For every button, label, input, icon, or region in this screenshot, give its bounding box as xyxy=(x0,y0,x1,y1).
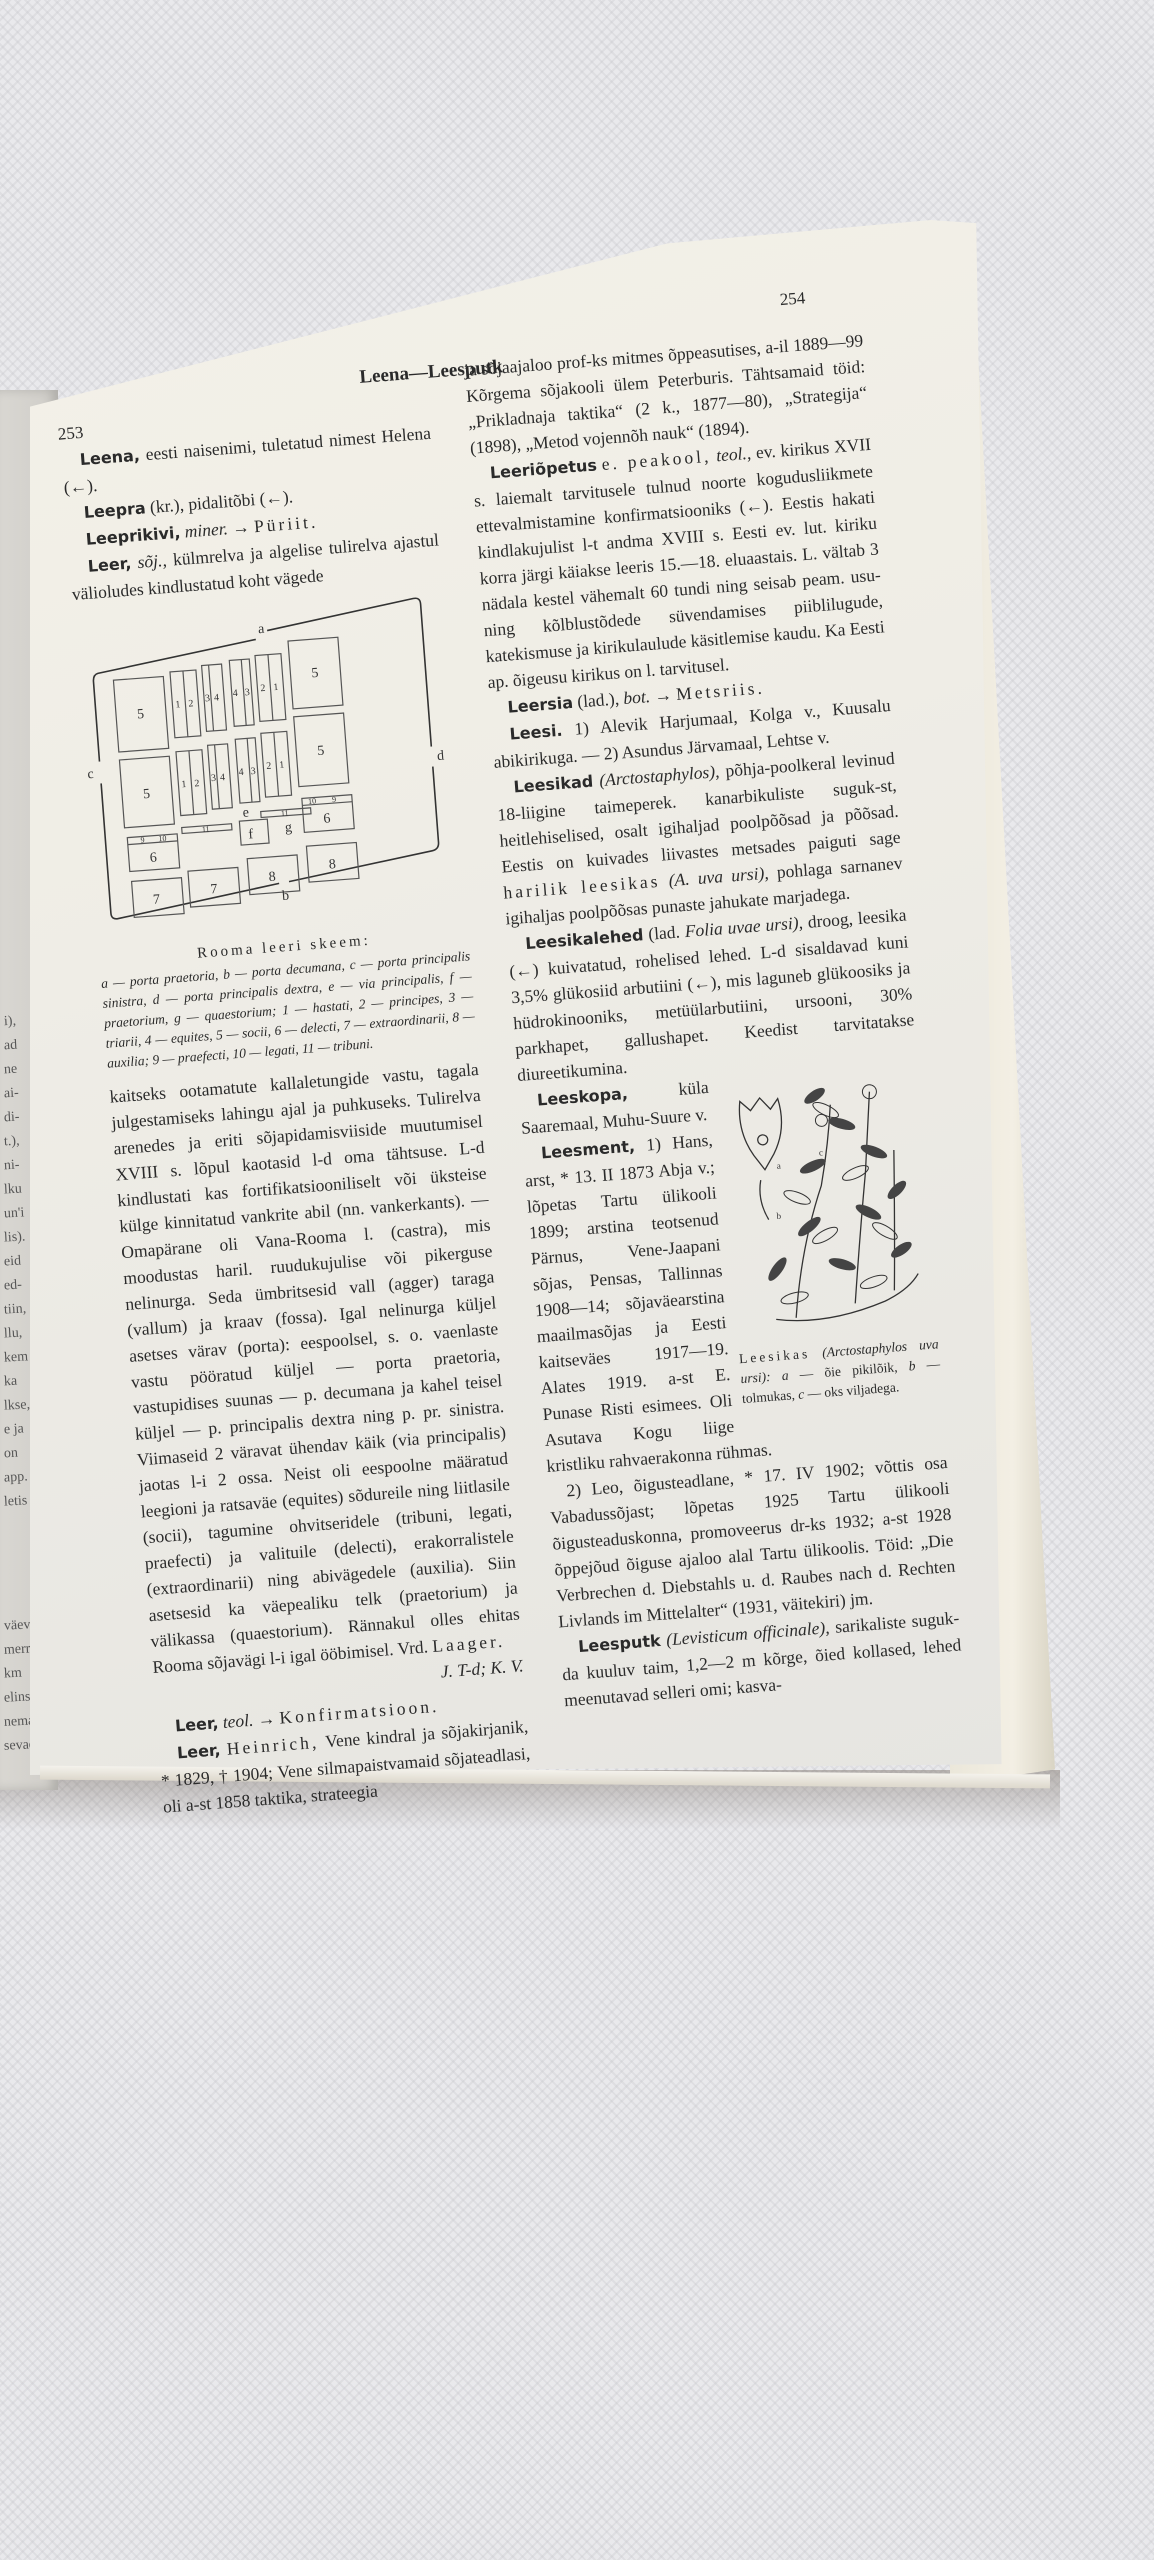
caption-species: Leesikas xyxy=(739,1346,811,1366)
subject-label: miner. xyxy=(184,518,229,541)
svg-text:11: 11 xyxy=(281,808,289,818)
svg-text:10: 10 xyxy=(158,834,167,844)
caption-key-b: b xyxy=(908,1358,916,1373)
svg-text:11: 11 xyxy=(202,824,210,834)
figure-label-c: c xyxy=(818,1147,823,1157)
svg-text:4: 4 xyxy=(214,692,220,703)
previous-page-text-fragment: km xyxy=(3,1662,22,1687)
previous-page-text-fragment: t.), xyxy=(3,1130,20,1155)
via-principalis-e-label: e xyxy=(242,805,249,820)
previous-page-text-fragment: app. xyxy=(3,1465,28,1490)
previous-page-text-fragment: un'i xyxy=(3,1201,25,1226)
svg-text:1: 1 xyxy=(273,682,279,693)
previous-page-text-fragment: väev, xyxy=(3,1613,33,1638)
headword: Leesment, xyxy=(540,1136,635,1162)
synonym: e. peakool, xyxy=(601,446,712,474)
entry-text: (lad.), xyxy=(577,688,620,711)
svg-text:4: 4 xyxy=(238,767,244,778)
page-number-right: 254 xyxy=(779,288,806,310)
svg-text:6: 6 xyxy=(323,811,331,826)
quaestorium-g-label: g xyxy=(284,820,292,835)
svg-text:5: 5 xyxy=(137,707,145,722)
gate-c-label: c xyxy=(87,767,94,782)
caption-key-c: c xyxy=(798,1386,805,1401)
arrow-icon: → xyxy=(257,1708,276,1729)
entry-leesikad: Leesikad (Arctostaphylos), põhja-poolker… xyxy=(495,745,906,932)
subject-label: sõj., xyxy=(137,550,168,572)
svg-text:1: 1 xyxy=(181,779,187,790)
previous-page-text-fragment: lkse, xyxy=(3,1393,30,1418)
svg-text:7: 7 xyxy=(152,892,160,907)
svg-text:3: 3 xyxy=(211,773,217,784)
entry-text: (lad. xyxy=(648,921,681,943)
headword: Leer, xyxy=(174,1713,219,1735)
previous-page-text-fragment: on xyxy=(3,1442,18,1467)
headword: Leesikad xyxy=(513,772,594,797)
previous-page-text-fragment: ai- xyxy=(3,1082,19,1107)
roman-camp-diagram: a b c d e f g 55 55 12 34 43 21 12 34 43 xyxy=(73,587,467,944)
caption-text-a: — õie pikilõik, xyxy=(799,1359,898,1381)
figure-label-b: b xyxy=(776,1211,782,1221)
headword: Leesputk xyxy=(577,1631,661,1656)
subject-label: bot. xyxy=(623,686,651,708)
latin-name: (A. uva ursi), xyxy=(668,863,769,890)
cross-reference: Laager. xyxy=(432,1631,506,1656)
entry-leer-continued: kaitseks ootamatute kallaletungide vastu… xyxy=(109,1056,523,1680)
previous-page-text-fragment: ed- xyxy=(3,1274,22,1299)
page-number-left: 253 xyxy=(57,423,84,445)
headword: Leer, xyxy=(87,554,132,576)
previous-page-text-fragment: e ja xyxy=(3,1417,24,1442)
entry-text: kaitseks ootamatute kallaletungide vastu… xyxy=(109,1059,520,1677)
headword: Leeskopa, xyxy=(536,1084,628,1110)
svg-text:2: 2 xyxy=(266,761,272,772)
figure-label-a: a xyxy=(776,1161,781,1171)
svg-text:10: 10 xyxy=(308,796,317,806)
camp-plan-svg: a b c d e f g 55 55 12 34 43 21 12 34 43 xyxy=(73,587,467,944)
subject-label: teol., xyxy=(715,443,751,466)
previous-page-text-fragment: ad xyxy=(3,1034,17,1059)
svg-text:1: 1 xyxy=(175,699,181,710)
latin-name: Folia uvae ursi), xyxy=(684,912,804,941)
svg-text:8: 8 xyxy=(268,870,276,885)
previous-page-text-fragment: letis xyxy=(3,1489,28,1514)
svg-text:3: 3 xyxy=(244,687,250,698)
svg-text:4: 4 xyxy=(220,772,226,783)
person-name: Heinrich, xyxy=(226,1732,320,1759)
previous-page-text-fragment: ka xyxy=(3,1370,17,1395)
svg-text:9: 9 xyxy=(140,835,145,844)
svg-text:3: 3 xyxy=(205,693,211,704)
svg-text:2: 2 xyxy=(188,698,194,709)
previous-page-text-fragment: lku xyxy=(3,1178,22,1203)
svg-text:6: 6 xyxy=(149,850,157,865)
headword: Leepra xyxy=(83,498,146,522)
svg-text:5: 5 xyxy=(317,744,325,759)
leesikas-figure: a b c Leesikas (Arctostaphylos uva ursi)… xyxy=(718,1058,943,1409)
bearberry-plant-illustration: a b c xyxy=(718,1058,938,1342)
svg-text:1: 1 xyxy=(279,760,285,771)
previous-page-text-fragment: kem xyxy=(3,1345,28,1370)
headword: Leena, xyxy=(79,446,140,469)
previous-page-text-fragment: tiin, xyxy=(3,1297,26,1322)
page-content: Leena—Leesputk 253 254 Leena, eesti nais… xyxy=(50,269,965,1627)
headword: Leesikalehed xyxy=(525,925,644,953)
svg-text:5: 5 xyxy=(311,666,319,681)
svg-text:5: 5 xyxy=(143,787,151,802)
headword: Leeriõpetus xyxy=(489,455,597,482)
svg-text:4: 4 xyxy=(232,688,238,699)
previous-page-text-fragment: eid xyxy=(3,1250,21,1275)
previous-page-text-fragment: ne xyxy=(3,1058,17,1083)
svg-text:7: 7 xyxy=(210,882,218,897)
svg-text:2: 2 xyxy=(194,778,200,789)
previous-page-text-fragment: i), xyxy=(3,1010,16,1035)
arrow-icon: → xyxy=(654,684,673,705)
svg-text:2: 2 xyxy=(260,683,266,694)
previous-page-text-fragment: llu, xyxy=(3,1322,23,1347)
cross-reference: Püriit. xyxy=(253,511,319,536)
headword: Leer, xyxy=(176,1740,221,1762)
previous-page-text-fragment: ni- xyxy=(3,1154,20,1179)
gate-d-label: d xyxy=(437,749,445,764)
cross-reference: Metsriis. xyxy=(675,677,765,704)
headword: Leersia xyxy=(507,693,574,717)
headword: Leeprikivi, xyxy=(85,523,181,549)
previous-page-text-fragment: di- xyxy=(3,1106,20,1131)
entry-leesikalehed: Leesikalehed (lad. Folia uvae ursi), dro… xyxy=(506,901,917,1088)
praetorium-f-label: f xyxy=(248,827,254,842)
svg-text:8: 8 xyxy=(328,857,336,872)
entry-leesment-leo: 2) Leo, õigusteadlane, * 17. IV 1902; võ… xyxy=(548,1449,959,1635)
caption-key-a: a xyxy=(781,1368,789,1383)
caption-text-c: — oks viljadega. xyxy=(807,1379,900,1401)
svg-text:3: 3 xyxy=(250,766,256,777)
previous-page-text-fragment: lis). xyxy=(3,1225,26,1250)
headword: Leesi. xyxy=(509,721,563,744)
latin-name: (Arctostaphylos), xyxy=(599,761,721,790)
svg-text:9: 9 xyxy=(332,795,337,804)
arrow-icon: → xyxy=(231,517,250,538)
entry-leeriopetus: Leeriõpetus e. peakool, teol., ev. kirik… xyxy=(471,431,887,695)
gate-b-label: b xyxy=(282,889,290,904)
subject-label: teol. xyxy=(222,1710,254,1732)
gate-a-label: a xyxy=(257,622,265,637)
